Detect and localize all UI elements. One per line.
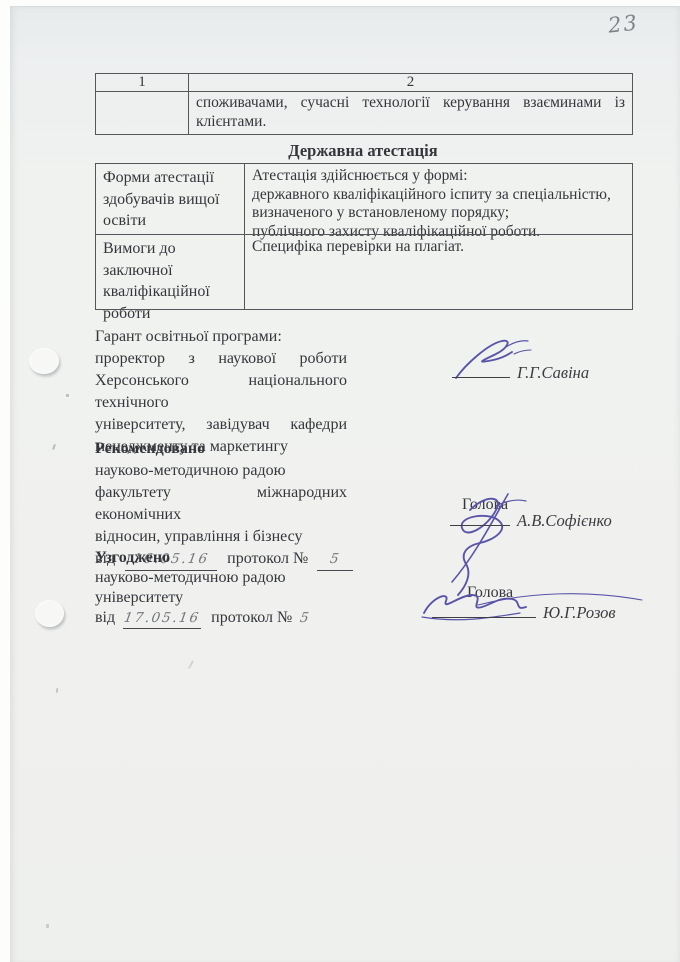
handwritten-page-number: 23 xyxy=(607,10,640,37)
scan-speck xyxy=(46,924,49,928)
value-line: Атестація здійснюється у формі: xyxy=(252,167,625,186)
date-underline: 17.05.16 xyxy=(123,608,201,629)
protocol-label: протокол № xyxy=(211,609,292,626)
attestation-row1-value: Атестація здійснюється у формі: державно… xyxy=(244,164,632,234)
continuation-text-line: споживачами, сучасні технології керуванн… xyxy=(196,93,625,112)
recommended-line: факультету міжнародних економічних xyxy=(95,482,347,526)
attestation-section-title: Державна атестація xyxy=(95,141,631,161)
guarantor-heading: Гарант освітньої програми: xyxy=(95,326,347,348)
value-line: визначеного у встановленому порядку; xyxy=(252,204,625,223)
guarantor-signature-name: Г.Г.Савіна xyxy=(517,363,589,382)
signature-line xyxy=(450,510,510,526)
signature-line xyxy=(432,602,536,618)
guarantor-line: університету, завідувач кафедри xyxy=(95,414,347,436)
value-line: державного кваліфікаційного іспиту за сп… xyxy=(252,186,625,205)
date-label: від xyxy=(95,609,115,626)
label-line: освіти xyxy=(103,210,237,232)
continuation-cell-text: споживачами, сучасні технології керуванн… xyxy=(188,91,632,134)
guarantor-signature-row: Г.Г.Савіна xyxy=(452,362,589,383)
label-line: роботи xyxy=(103,303,237,325)
recommended-signature-row: А.В.Софієнко xyxy=(450,510,612,531)
agreed-line: університету xyxy=(95,588,347,608)
label-line: кваліфікаційної xyxy=(103,281,237,303)
continuation-col1-header: 1 xyxy=(96,74,188,91)
scan-speck xyxy=(66,394,69,397)
handwritten-protocol-number: 5 xyxy=(299,608,313,628)
guarantor-line: Херсонського національного технічного xyxy=(95,370,347,414)
handwritten-date: 17.05.16 xyxy=(122,608,201,628)
continuation-col2-header: 2 xyxy=(188,74,632,91)
agreed-signature-name: Ю.Г.Розов xyxy=(543,603,616,622)
recommended-signature-name: А.В.Софієнко xyxy=(517,511,612,530)
guarantor-line: проректор з наукової роботи xyxy=(95,348,347,370)
label-line: Вимоги до xyxy=(103,238,237,260)
label-line: Форми атестації xyxy=(103,167,237,189)
continuation-table: 1 2 споживачами, сучасні технології керу… xyxy=(95,73,633,135)
hole-punch-bottom xyxy=(35,600,64,627)
agreed-line: науково-методичною радою xyxy=(95,568,347,588)
recommended-line: науково-методичною радою xyxy=(95,460,347,482)
attestation-table: Форми атестації здобувачів вищої освіти … xyxy=(95,163,633,310)
continuation-text-line: клієнтами. xyxy=(196,112,625,131)
agreed-protocol-row: від 17.05.16 протокол № 5 xyxy=(95,608,347,629)
attestation-row1-label: Форми атестації здобувачів вищої освіти xyxy=(96,164,244,234)
label-line: заключної xyxy=(103,260,237,282)
signature-line xyxy=(452,362,510,378)
attestation-row2-label: Вимоги до заключної кваліфікаційної робо… xyxy=(96,234,244,309)
agreed-heading: Узгоджено xyxy=(95,548,347,568)
label-line: здобувачів вищої xyxy=(103,189,237,211)
agreed-signature-row: Ю.Г.Розов xyxy=(432,602,616,623)
recommended-heading: Рекомендовано xyxy=(95,438,347,460)
attestation-row2-value: Специфіка перевірки на плагіат. xyxy=(244,234,632,309)
recommended-line: відносин, управління і бізнесу xyxy=(95,526,347,548)
agreed-block: Узгоджено науково-методичною радою уніве… xyxy=(95,548,347,629)
continuation-cell-empty xyxy=(96,91,188,134)
hole-punch-top xyxy=(29,348,59,374)
